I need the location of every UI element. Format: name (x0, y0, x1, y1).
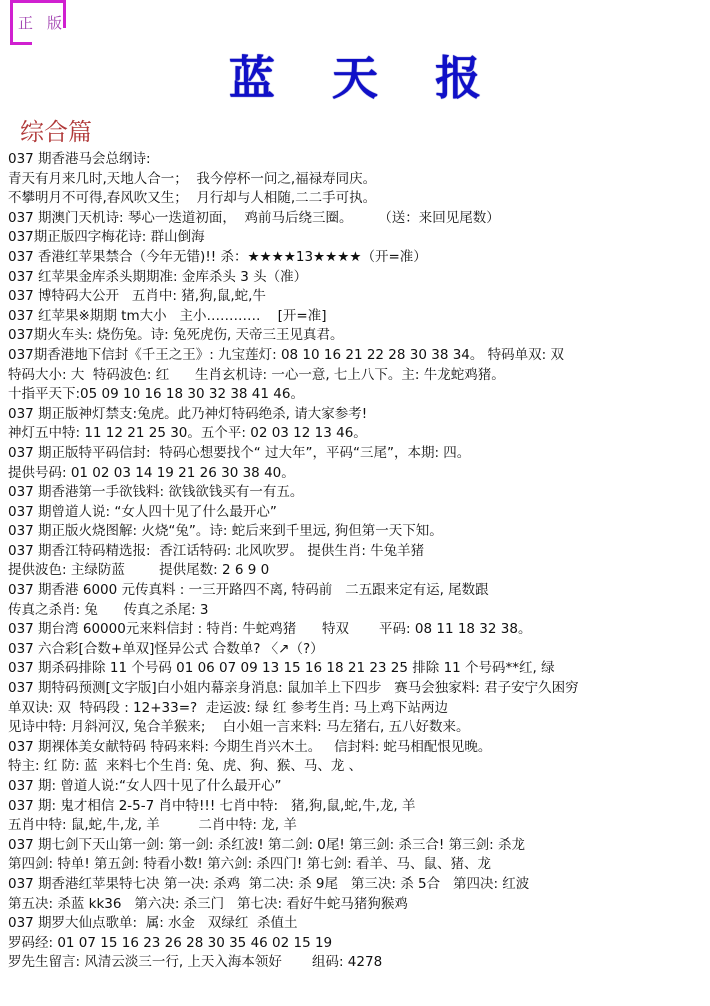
text-line: 青天有月来几时,天地人合一； 我今停杯一问之,福禄寿同庆。 (8, 170, 708, 190)
text-line: 神灯五中特: 11 12 21 25 30。五个平: 02 03 12 13 4… (8, 424, 708, 444)
text-line: 037 红苹果金库杀头期期准: 金库杀头 3 头（准） (8, 268, 708, 288)
text-line: 罗先生留言: 风清云淡三一行, 上天入海本领好 组码: 4278 (8, 953, 708, 973)
text-line: 037 香港红苹果禁合（今年无错)!! 杀：★★★★13★★★★（开=准） (8, 248, 708, 268)
text-line: 037 博特码大公开 五肖中: 猪,狗,鼠,蛇,牛 (8, 287, 708, 307)
text-line: 037 六合彩[合数+单双]怪异公式 合数单? 〈↗（?） (8, 640, 708, 660)
text-line: 特码大小: 大 特码波色: 红 生肖玄机诗: 一心一意, 七上八下。主: 牛龙蛇… (8, 366, 708, 386)
text-line: 037 期正版特平码信封: 特码心想要找个“ 过大年”，平码“三尾”，本期: 四… (8, 444, 708, 464)
text-line: 037 期杀码排除 11 个号码 01 06 07 09 13 15 16 18… (8, 659, 708, 679)
text-line: 037 期: 曾道人说:“女人四十见了什么最开心” (8, 777, 708, 797)
text-line: 037 期罗大仙点歌单: 属: 水金 双绿红 杀值土 (8, 914, 708, 934)
text-line: 五肖中特: 鼠,蛇,牛,龙, 羊 二肖中特: 龙, 羊 (8, 816, 708, 836)
text-line: 037 期正版神灯禁支:兔虎。此乃神灯特码绝杀, 请大家参考! (8, 405, 708, 425)
text-line: 提供波色: 主绿防蓝 提供尾数: 2 6 9 0 (8, 561, 708, 581)
masthead-char-2: 天 (332, 42, 378, 108)
text-line: 037 期七剑下天山第一剑: 第一剑: 杀红波! 第二剑: 0尾! 第三剑: 杀… (8, 836, 708, 856)
masthead-char-3: 报 (435, 42, 481, 108)
text-line: 特主: 红 防: 蓝 来料七个生肖: 兔、虎、狗、猴、马、龙 、 (8, 757, 708, 777)
section-title: 综合篇 (20, 112, 92, 147)
text-line: 037 期曾道人说: “女人四十见了什么最开心” (8, 503, 708, 523)
text-line: 037 期裸体美女献特码 特码来料: 今期生肖兴木土。 信封料: 蛇马相配恨见晚… (8, 738, 708, 758)
text-line: 见诗中特: 月斜河汉, 兔合羊猴来; 白小姐一言来料: 马左猪右, 五八好数来。 (8, 718, 708, 738)
text-line: 037期正版四字梅花诗: 群山倒海 (8, 228, 708, 248)
text-line: 037 期台湾 60000元来料信封 : 特肖: 牛蛇鸡猪 特双 平码: 08 … (8, 620, 708, 640)
text-line: 罗码经: 01 07 15 16 23 26 28 30 35 46 02 15… (8, 934, 708, 954)
masthead-char-1: 蓝 (229, 42, 275, 108)
text-line: 第四剑: 特单! 第五剑: 特看小数! 第六剑: 杀四门! 第七剑: 看羊、马、… (8, 855, 708, 875)
text-line: 提供号码: 01 02 03 14 19 21 26 30 38 40。 (8, 464, 708, 484)
edition-badge-label: 正版 (18, 12, 76, 33)
text-line: 第五决: 杀蓝 kk36 第六决: 杀三门 第七决: 看好牛蛇马猪狗猴鸡 (8, 895, 708, 915)
text-line: 037 期澳门天机诗: 琴心一迭道初面， 鸡前马后绕三圈。 （送：来回见尾数） (8, 209, 708, 229)
text-line: 037 期香港红苹果特七决 第一决: 杀鸡 第二决: 杀 9尾 第三决: 杀 5… (8, 875, 708, 895)
text-line: 037 期正版火烧图解: 火烧“兔”。诗: 蛇后来到千里远, 狗但第一天下知。 (8, 522, 708, 542)
text-line: 037 期特码预测[文字版]白小姐内幕亲身消息: 鼠加羊上下四步 赛马会独家料:… (8, 679, 708, 699)
text-line: 037期香港地下信封《千王之王》: 九宝莲灯: 08 10 16 21 22 2… (8, 346, 708, 366)
text-line: 十指平天下:05 09 10 16 18 30 32 38 41 46。 (8, 385, 708, 405)
text-line: 037 期: 鬼才相信 2-5-7 肖中特!!! 七肖中特: 猪,狗,鼠,蛇,牛… (8, 797, 708, 817)
text-line: 037 期香港第一手欲钱料: 欲钱欲钱买有一有五。 (8, 483, 708, 503)
article-body: 037 期香港马会总纲诗:青天有月来几时,天地人合一； 我今停杯一问之,福禄寿同… (8, 150, 708, 973)
text-line: 037期火车头: 烧伤兔。诗: 兔死虎伤, 天帝三王见真君。 (8, 326, 708, 346)
text-line: 传真之杀肖: 兔 传真之杀尾: 3 (8, 601, 708, 621)
text-line: 037 期香港马会总纲诗: (8, 150, 708, 170)
text-line: 单双诀: 双 特码段 : 12+33=? 走运波: 绿 红 参考生肖: 马上鸡下… (8, 699, 708, 719)
text-line: 037 期香港 6000 元传真料 : 一三开路四不离, 特码前 二五跟来定有运… (8, 581, 708, 601)
masthead-title: 蓝 天 报 (0, 42, 710, 108)
text-line: 037 红苹果※期期 tm大小 主小………… [开=准] (8, 307, 708, 327)
text-line: 037 期香江特码精选报: 香江话特码: 北风吹罗。 提供生肖: 牛兔羊猪 (8, 542, 708, 562)
text-line: 不攀明月不可得,春风吹又生； 月行却与人相随,二二手可执。 (8, 189, 708, 209)
